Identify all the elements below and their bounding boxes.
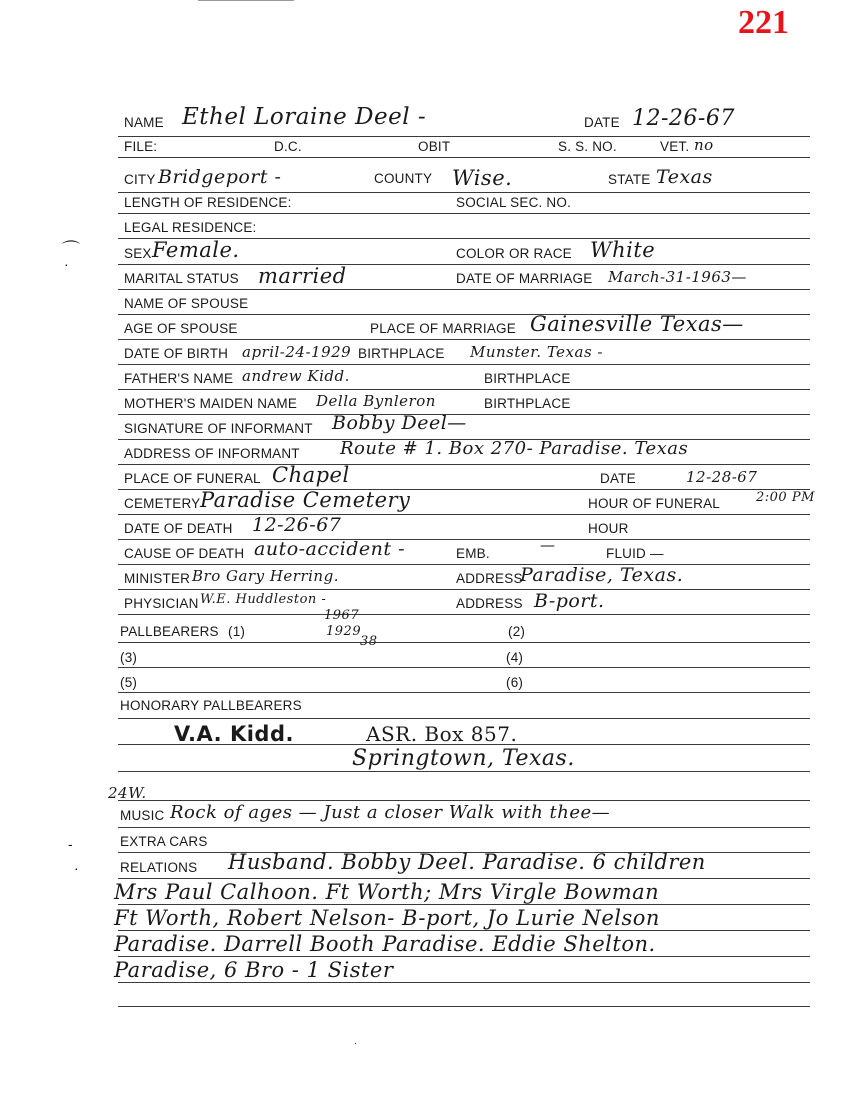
rule [118,667,810,668]
file-label: FILE: [124,139,157,154]
mothers-maiden-name-label: MOTHER'S MAIDEN NAME [124,396,297,411]
physician-address-value: B-port. [534,590,605,612]
fathers-name-value: andrew Kidd. [242,367,350,385]
cause-of-death-label: CAUSE OF DEATH [124,546,244,561]
hour-of-funeral-value: 2:00 PM [756,490,815,505]
rule [118,389,810,390]
pallbearer-slot-5: (5) [120,675,137,690]
relations-line-2: Mrs Paul Calhoon. Ft Worth; Mrs Virgle B… [114,880,659,904]
rule [118,539,810,540]
date-of-death-value: 12-26-67 [252,514,341,536]
music-label: MUSIC [120,808,165,823]
pallbearer-slot-4: (4) [506,650,523,665]
minister-address-value: Paradise, Texas. [520,564,683,586]
place-of-funeral-label: PLACE OF FUNERAL [124,471,261,486]
fathers-name-label: FATHER'S NAME [124,371,233,386]
pallbearers-label: PALLBEARERS [120,624,219,639]
marital-status-label: MARITAL STATUS [124,271,239,286]
place-of-marriage-value: Gainesville Texas— [530,312,744,336]
rule [118,589,810,590]
minister-label: MINISTER [124,571,190,586]
relations-label: RELATIONS [120,860,197,875]
sex-label: SEX [124,246,152,261]
ss-no-label: S. S. NO. [558,139,617,154]
physician-value: W.E. Huddleston - [200,592,326,607]
music-value: Rock of ages — Just a closer Walk with t… [170,802,610,823]
rule [118,364,810,365]
rule [118,692,810,693]
rule [118,192,810,193]
rule [118,213,810,214]
signature-of-informant-value: Bobby Deel— [332,412,467,434]
date-label: DATE [584,115,620,130]
margin-mark: · [74,860,79,876]
color-or-race-value: White [590,238,655,262]
margin-mark: · [64,256,69,272]
relations-line-5: Paradise, 6 Bro - 1 Sister [114,958,393,982]
funeral-date-label: DATE [600,471,636,486]
honorary-pallbearer-city: Springtown, Texas. [352,746,575,771]
cemetery-value: Paradise Cemetery [200,488,410,512]
extra-cars-label: EXTRA CARS [120,834,208,849]
place-of-marriage-label: PLACE OF MARRIAGE [370,321,516,336]
physician-address-label: ADDRESS [456,596,523,611]
fluid-label: FLUID — [606,546,664,561]
marital-status-value: married [258,264,347,288]
hour-label: HOUR [588,521,629,536]
rule [118,718,810,719]
rule [118,771,810,772]
relations-line-4: Paradise. Darrell Booth Paradise. Eddie … [114,932,656,956]
honorary-pallbearers-label: HONORARY PALLBEARERS [120,698,302,713]
rule [118,904,810,905]
physician-label: PHYSICIAN [124,596,199,611]
date-of-death-label: DATE OF DEATH [124,521,233,536]
city-label: CITY [124,172,156,187]
rule [118,289,810,290]
minister-value: Bro Gary Herring. [192,567,339,585]
rule [118,1006,810,1007]
cause-of-death-value: auto-accident - [254,538,405,560]
dc-label: D.C. [274,139,302,154]
obit-label: OBIT [418,139,450,154]
rule [118,264,810,265]
rule [118,339,810,340]
name-value: Ethel Loraine Deel - [182,104,426,130]
date-of-birth-value: april-24-1929 [242,343,351,361]
rule [118,744,810,745]
state-label: STATE [608,172,651,187]
page-number: 221 [738,4,789,42]
margin-mark: - [68,836,73,852]
rule [118,956,810,957]
margin-calc-1: 1967 [324,608,359,623]
date-value: 12-26-67 [632,106,735,131]
length-of-residence-label: LENGTH OF RESIDENCE: [124,195,292,210]
date-of-marriage-value: March-31-1963— [608,268,747,286]
father-birthplace-label: BIRTHPLACE [484,371,571,386]
pallbearer-slot-3: (3) [120,650,137,665]
birthplace-label: BIRTHPLACE [358,346,445,361]
relations-line-3: Ft Worth, Robert Nelson- B-port, Jo Luri… [114,906,660,930]
county-label: COUNTY [374,171,432,186]
vet-value: no [694,136,714,154]
pallbearer-slot-6: (6) [506,675,523,690]
pallbearer-slot-1: (1) [228,624,245,639]
rule [118,564,810,565]
rule [118,800,810,801]
emb-value: — [540,536,556,554]
funeral-date-value: 12-28-67 [686,468,757,486]
place-of-funeral-value: Chapel [272,463,350,487]
rule [118,157,810,158]
relations-line-1: Husband. Bobby Deel. Paradise. 6 childre… [228,850,706,874]
cemetery-label: CEMETERY [124,496,200,511]
speck-mark: · [354,1038,357,1049]
address-of-informant-value: Route # 1. Box 270- Paradise. Texas [340,438,688,459]
rule [118,827,810,828]
rule [118,982,810,983]
top-edge-line [198,0,294,1]
mothers-maiden-name-value: Della Bynleron [316,392,436,410]
name-label: NAME [124,115,164,130]
age-of-spouse-label: AGE OF SPOUSE [124,321,238,336]
name-of-spouse-label: NAME OF SPOUSE [124,296,248,311]
rule [118,642,810,643]
birthplace-value: Munster. Texas - [470,343,603,361]
honorary-pallbearer-name: V.A. Kidd. [174,722,294,746]
city-value: Bridgeport - [158,166,281,188]
social-sec-no-label: SOCIAL SEC. NO. [456,195,571,210]
date-of-marriage-label: DATE OF MARRIAGE [456,271,592,286]
rule [118,464,810,465]
hour-of-funeral-label: HOUR OF FUNERAL [588,496,720,511]
rule [118,878,810,879]
honorary-pallbearer-address: ASR. Box 857. [366,722,517,746]
margin-calc-2: 1929 [326,624,361,639]
rule [118,614,810,615]
address-of-informant-label: ADDRESS OF INFORMANT [124,446,300,461]
sex-value: Female. [152,238,240,262]
legal-residence-label: LEGAL RESIDENCE: [124,220,257,235]
county-value: Wise. [452,166,512,190]
rule [118,930,810,931]
pallbearer-slot-2: (2) [508,624,525,639]
emb-label: EMB. [456,546,490,561]
vet-label: VET. [660,139,689,154]
color-or-race-label: COLOR OR RACE [456,246,572,261]
state-value: Texas [656,166,713,188]
signature-of-informant-label: SIGNATURE OF INFORMANT [124,421,313,436]
mother-birthplace-label: BIRTHPLACE [484,396,571,411]
minister-address-label: ADDRESS [456,571,523,586]
date-of-birth-label: DATE OF BIRTH [124,346,228,361]
rule [118,514,810,515]
